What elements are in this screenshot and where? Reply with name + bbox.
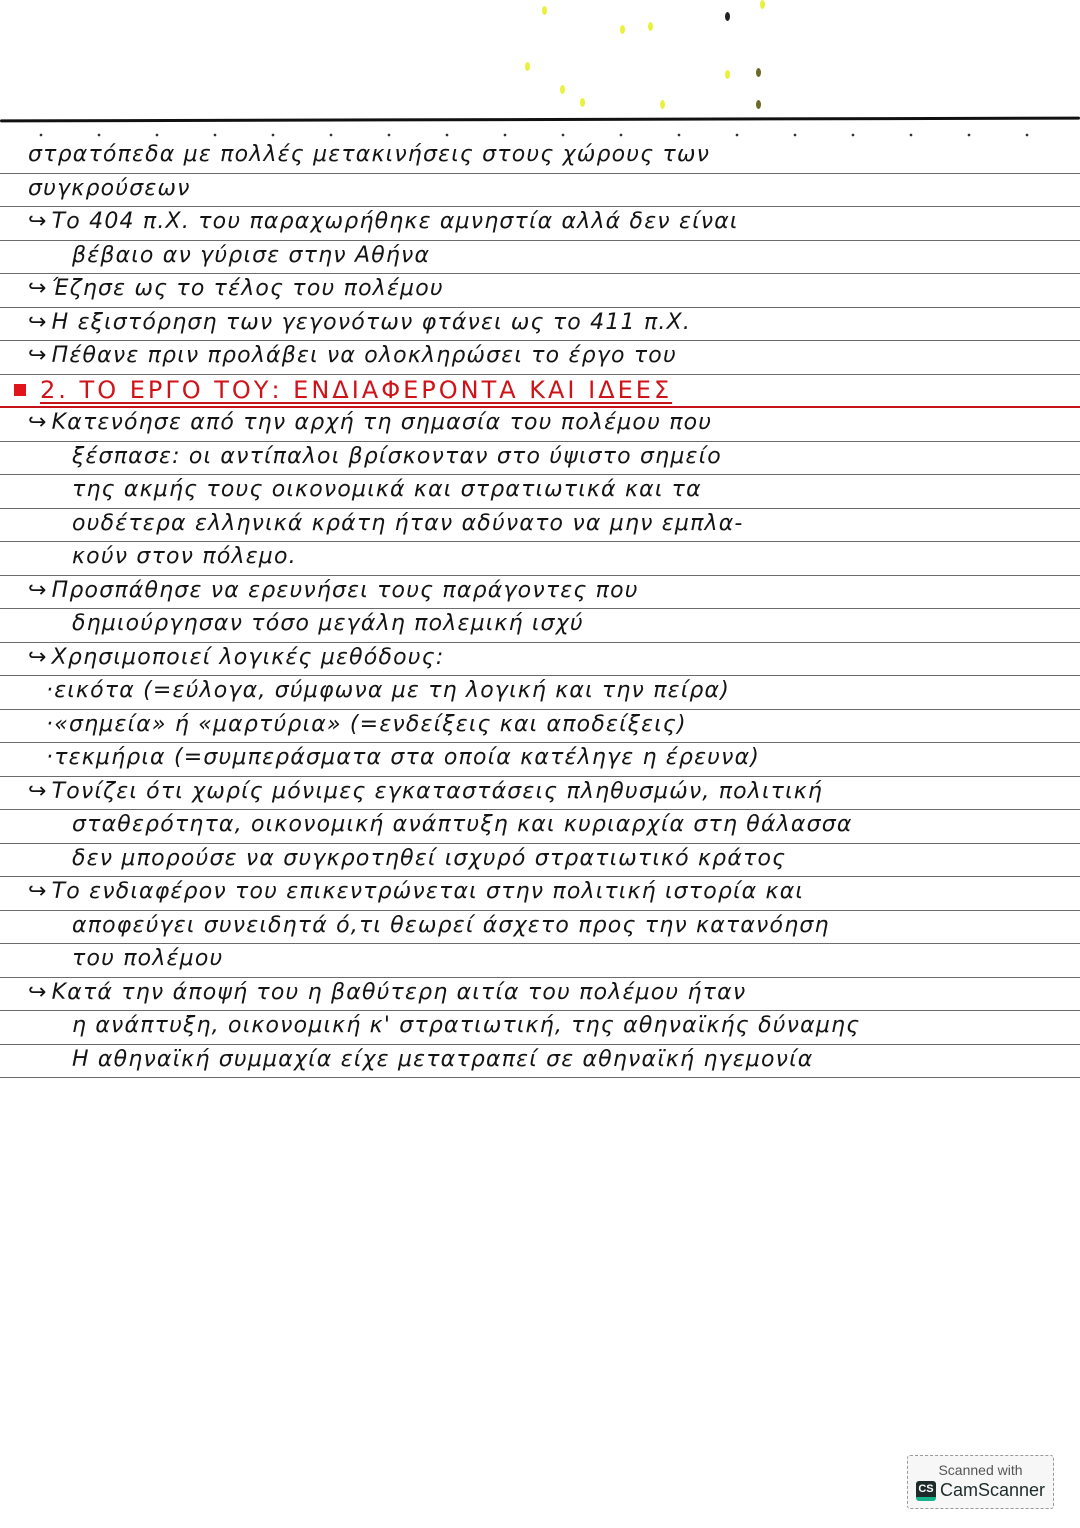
hook-arrow-icon: ↪: [28, 578, 48, 603]
line-text: ·«σημεία» ή «μαρτύρια» (=ενδείξεις και α…: [46, 712, 687, 737]
line-text: αποφεύγει συνειδητά ό,τι θεωρεί άσχετο π…: [72, 913, 830, 938]
line-text: βέβαιο αν γύρισε στην Αθήνα: [72, 243, 430, 268]
line-text: Έζησε ως το τέλος του πολέμου: [52, 276, 444, 301]
handwritten-line: ↪Η εξιστόρηση των γεγονότων φτάνει ως το…: [0, 308, 1080, 342]
handwritten-line: η ανάπτυξη, οικονομική κ' στρατιωτική, τ…: [0, 1011, 1080, 1045]
hook-arrow-icon: ↪: [28, 779, 48, 804]
hook-arrow-icon: ↪: [28, 276, 48, 301]
handwritten-line: ↪Κατά την άποψή του η βαθύτερη αιτία του…: [0, 978, 1080, 1012]
line-text: Η αθηναϊκή συμμαχία είχε μετατραπεί σε α…: [72, 1047, 814, 1072]
handwritten-line: βέβαιο αν γύρισε στην Αθήνα: [0, 241, 1080, 275]
handwritten-line: στρατόπεδα με πολλές μετακινήσεις στους …: [0, 140, 1080, 174]
camscanner-watermark: Scanned with CS CamScanner: [907, 1455, 1054, 1509]
handwritten-line: ξέσπασε: οι αντίπαλοι βρίσκονταν στο ύψι…: [0, 442, 1080, 476]
line-text: Κατενόησε από την αρχή τη σημασία του πο…: [52, 410, 713, 435]
hook-arrow-icon: ↪: [28, 879, 48, 904]
hook-arrow-icon: ↪: [28, 209, 48, 234]
handwritten-line: ·«σημεία» ή «μαρτύρια» (=ενδείξεις και α…: [0, 710, 1080, 744]
line-text: σταθερότητα, οικονομική ανάπτυξη και κυρ…: [72, 812, 853, 837]
line-text: δημιούργησαν τόσο μεγάλη πολεμική ισχύ: [72, 611, 584, 636]
line-text: της ακμής τους οικονομικά και στρατιωτικ…: [72, 477, 702, 502]
line-text: ·εικότα (=εύλογα, σύμφωνα με τη λογική κ…: [46, 678, 730, 703]
handwritten-line: αποφεύγει συνειδητά ό,τι θεωρεί άσχετο π…: [0, 911, 1080, 945]
section-heading: 2. ΤΟ ΕΡΓΟ ΤΟΥ: ΕΝΔΙΑΦΕΡΟΝΤΑ ΚΑΙ ΙΔΕΕΣ: [0, 375, 1080, 409]
hook-arrow-icon: ↪: [28, 310, 48, 335]
line-text: η ανάπτυξη, οικονομική κ' στρατιωτική, τ…: [72, 1013, 860, 1038]
handwritten-line: ουδέτερα ελληνικά κράτη ήταν αδύνατο να …: [0, 509, 1080, 543]
top-margin-rule: [0, 117, 1080, 123]
camscanner-logo-icon: CS: [916, 1481, 936, 1501]
handwritten-line: ↪Το 404 π.Χ. του παραχωρήθηκε αμνηστία α…: [0, 207, 1080, 241]
line-text: κούν στον πόλεμο.: [72, 544, 297, 569]
handwritten-line: ↪Κατενόησε από την αρχή τη σημασία του π…: [0, 408, 1080, 442]
red-square-bullet-icon: [14, 384, 26, 396]
handwritten-line: κούν στον πόλεμο.: [0, 542, 1080, 576]
handwritten-line: συγκρούσεων: [0, 174, 1080, 208]
scan-speckles: [520, 0, 900, 120]
line-text: ξέσπασε: οι αντίπαλοι βρίσκονταν στο ύψι…: [72, 444, 722, 469]
hook-arrow-icon: ↪: [28, 980, 48, 1005]
scanned-with-label: Scanned with: [908, 1462, 1053, 1478]
line-text: Κατά την άποψή του η βαθύτερη αιτία του …: [52, 980, 747, 1005]
handwritten-line: ·εικότα (=εύλογα, σύμφωνα με τη λογική κ…: [0, 676, 1080, 710]
handwritten-line: ↪Προσπάθησε να ερευνήσει τους παράγοντες…: [0, 576, 1080, 610]
line-text: συγκρούσεων: [28, 176, 191, 201]
line-text: Πέθανε πριν προλάβει να ολοκληρώσει το έ…: [52, 343, 677, 368]
camscanner-brand: CS CamScanner: [908, 1480, 1053, 1501]
hook-arrow-icon: ↪: [28, 410, 48, 435]
handwritten-line: ↪Έζησε ως το τέλος του πολέμου: [0, 274, 1080, 308]
handwritten-line: ·τεκμήρια (=συμπεράσματα στα οποία κατέλ…: [0, 743, 1080, 777]
handwritten-line: του πολέμου: [0, 944, 1080, 978]
line-text: στρατόπεδα με πολλές μετακινήσεις στους …: [28, 142, 710, 167]
line-text: Τονίζει ότι χωρίς μόνιμες εγκαταστάσεις …: [52, 779, 823, 804]
dotted-grid-row: [12, 133, 1072, 137]
handwritten-line: δεν μπορούσε να συγκροτηθεί ισχυρό στρατ…: [0, 844, 1080, 878]
handwritten-line: ↪Τονίζει ότι χωρίς μόνιμες εγκαταστάσεις…: [0, 777, 1080, 811]
notebook-page: στρατόπεδα με πολλές μετακινήσεις στους …: [0, 140, 1080, 1078]
line-text: δεν μπορούσε να συγκροτηθεί ισχυρό στρατ…: [72, 846, 786, 871]
handwritten-line: σταθερότητα, οικονομική ανάπτυξη και κυρ…: [0, 810, 1080, 844]
handwritten-line: ↪Το ενδιαφέρον του επικεντρώνεται στην π…: [0, 877, 1080, 911]
line-text: Χρησιμοποιεί λογικές μεθόδους:: [52, 645, 445, 670]
line-text: του πολέμου: [72, 946, 223, 971]
handwritten-line: ↪Πέθανε πριν προλάβει να ολοκληρώσει το …: [0, 341, 1080, 375]
line-text: ουδέτερα ελληνικά κράτη ήταν αδύνατο να …: [72, 511, 744, 536]
line-text: 2. ΤΟ ΕΡΓΟ ΤΟΥ: ΕΝΔΙΑΦΕΡΟΝΤΑ ΚΑΙ ΙΔΕΕΣ: [40, 376, 672, 404]
handwritten-line: της ακμής τους οικονομικά και στρατιωτικ…: [0, 475, 1080, 509]
line-text: Το ενδιαφέρον του επικεντρώνεται στην πο…: [52, 879, 804, 904]
hook-arrow-icon: ↪: [28, 343, 48, 368]
hook-arrow-icon: ↪: [28, 645, 48, 670]
camscanner-brand-name: CamScanner: [940, 1480, 1045, 1501]
line-text: ·τεκμήρια (=συμπεράσματα στα οποία κατέλ…: [46, 745, 760, 770]
line-text: Προσπάθησε να ερευνήσει τους παράγοντες …: [52, 578, 639, 603]
line-text: Το 404 π.Χ. του παραχωρήθηκε αμνηστία αλ…: [52, 209, 739, 234]
line-text: Η εξιστόρηση των γεγονότων φτάνει ως το …: [52, 310, 691, 335]
handwritten-line: δημιούργησαν τόσο μεγάλη πολεμική ισχύ: [0, 609, 1080, 643]
handwritten-line: Η αθηναϊκή συμμαχία είχε μετατραπεί σε α…: [0, 1045, 1080, 1079]
handwritten-line: ↪Χρησιμοποιεί λογικές μεθόδους:: [0, 643, 1080, 677]
